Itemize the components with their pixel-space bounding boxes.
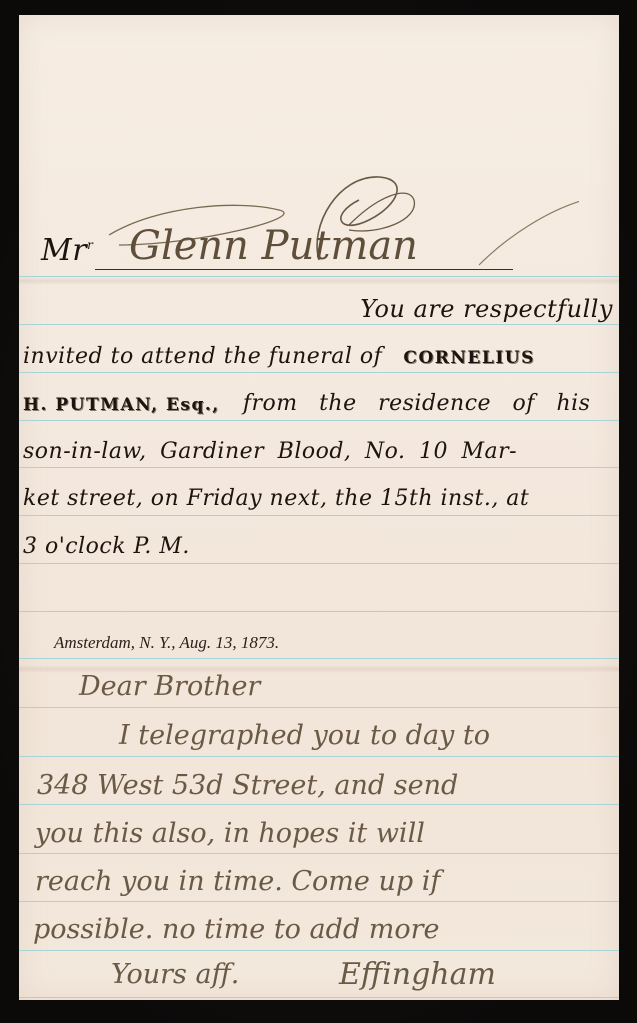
ruled-line [19, 950, 619, 951]
salutation-prefix: Mrr [41, 233, 93, 268]
note-line-1: I telegraphed you to day to [119, 720, 490, 751]
ruled-line [19, 804, 619, 805]
recipient-underline [95, 269, 513, 270]
ruled-line [19, 372, 619, 373]
invitation-line-2: invited to attend the funeral of CORNELI… [23, 344, 535, 369]
ruled-line [19, 611, 619, 612]
invitation-line-5: ket street, on Friday next, the 15th ins… [23, 486, 529, 511]
recipient-name: Glenn Putman [129, 223, 418, 269]
ruled-line [19, 324, 619, 325]
ruled-line [19, 467, 619, 468]
ruled-line [19, 997, 619, 998]
note-closing: Yours aff. [111, 959, 239, 990]
deceased-first-name: CORNELIUS [403, 348, 534, 368]
dateline: Amsterdam, N. Y., Aug. 13, 1873. [54, 633, 279, 653]
letter-paper: Mrr Glenn Putman You are respectfully in… [19, 15, 619, 1000]
invitation-line-4: son-in-law, Gardiner Blood, No. 10 Mar- [23, 439, 517, 464]
note-signature: Effingham [339, 957, 496, 992]
ruled-line [19, 420, 619, 421]
ruled-line [19, 901, 619, 902]
deceased-last-name: H. PUTMAN, Esq., [23, 395, 220, 415]
ruled-line [19, 756, 619, 757]
fold-crease [19, 277, 619, 285]
invitation-line-6: 3 o'clock P. M. [23, 534, 190, 559]
note-line-2: 348 West 53d Street, and send [37, 770, 458, 801]
ruled-line [19, 853, 619, 854]
ruled-line [19, 276, 619, 277]
ruled-line [19, 658, 619, 659]
ruled-line [19, 515, 619, 516]
note-line-3: you this also, in hopes it will [35, 818, 425, 849]
note-line-5: possible. no time to add more [33, 914, 440, 945]
invitation-line-3: H. PUTMAN, Esq., from the residence of h… [23, 391, 590, 416]
ruled-line [19, 563, 619, 564]
note-greeting: Dear Brother [79, 671, 260, 702]
invitation-line-1: You are respectfully [360, 295, 613, 323]
note-line-4: reach you in time. Come up if [35, 866, 440, 897]
ruled-line [19, 707, 619, 708]
